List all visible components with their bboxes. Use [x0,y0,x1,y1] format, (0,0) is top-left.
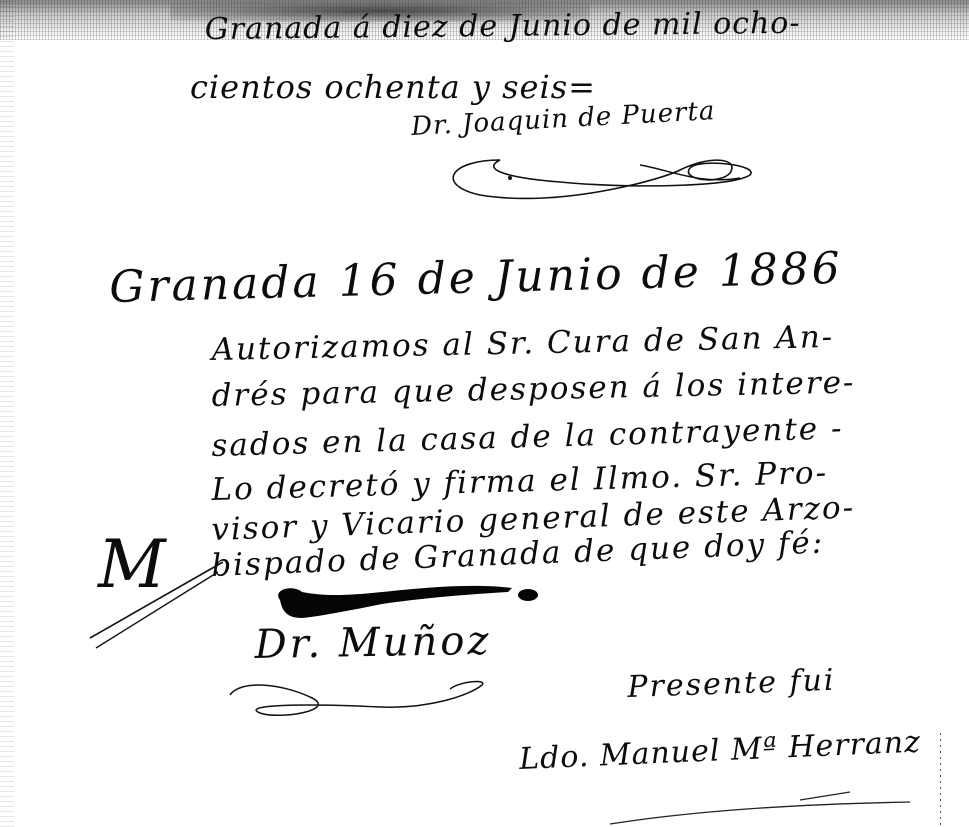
ink-blot-icon [272,582,542,622]
signature-flourish-icon [440,140,770,210]
scan-left-edge [0,0,14,827]
margin-rubric-stroke-icon [88,560,228,650]
entry-body-line: sados en la casa de la contrayente - [211,410,844,464]
signature-underline-flourish-icon [220,675,490,725]
notary-underline-icon [600,790,920,826]
entry-date-heading: Granada 16 de Junio de 1886 [109,243,844,313]
notary-signature: Ldo. Manuel Mª Herranz [518,724,921,777]
previous-entry-line-1: Granada á diez de Junio de mil ocho- [205,6,801,47]
previous-entry-line-2: cientos ochenta y seis= [190,68,596,106]
entry-body-line: Autorizamos al Sr. Cura de San An- [211,319,834,368]
page-edge-mark [940,730,941,825]
entry-body-line: drés para que desposen á los intere- [211,365,856,414]
entry-signature: Dr. Muñoz [254,618,492,668]
attestation-text: Presente fui [627,663,836,705]
